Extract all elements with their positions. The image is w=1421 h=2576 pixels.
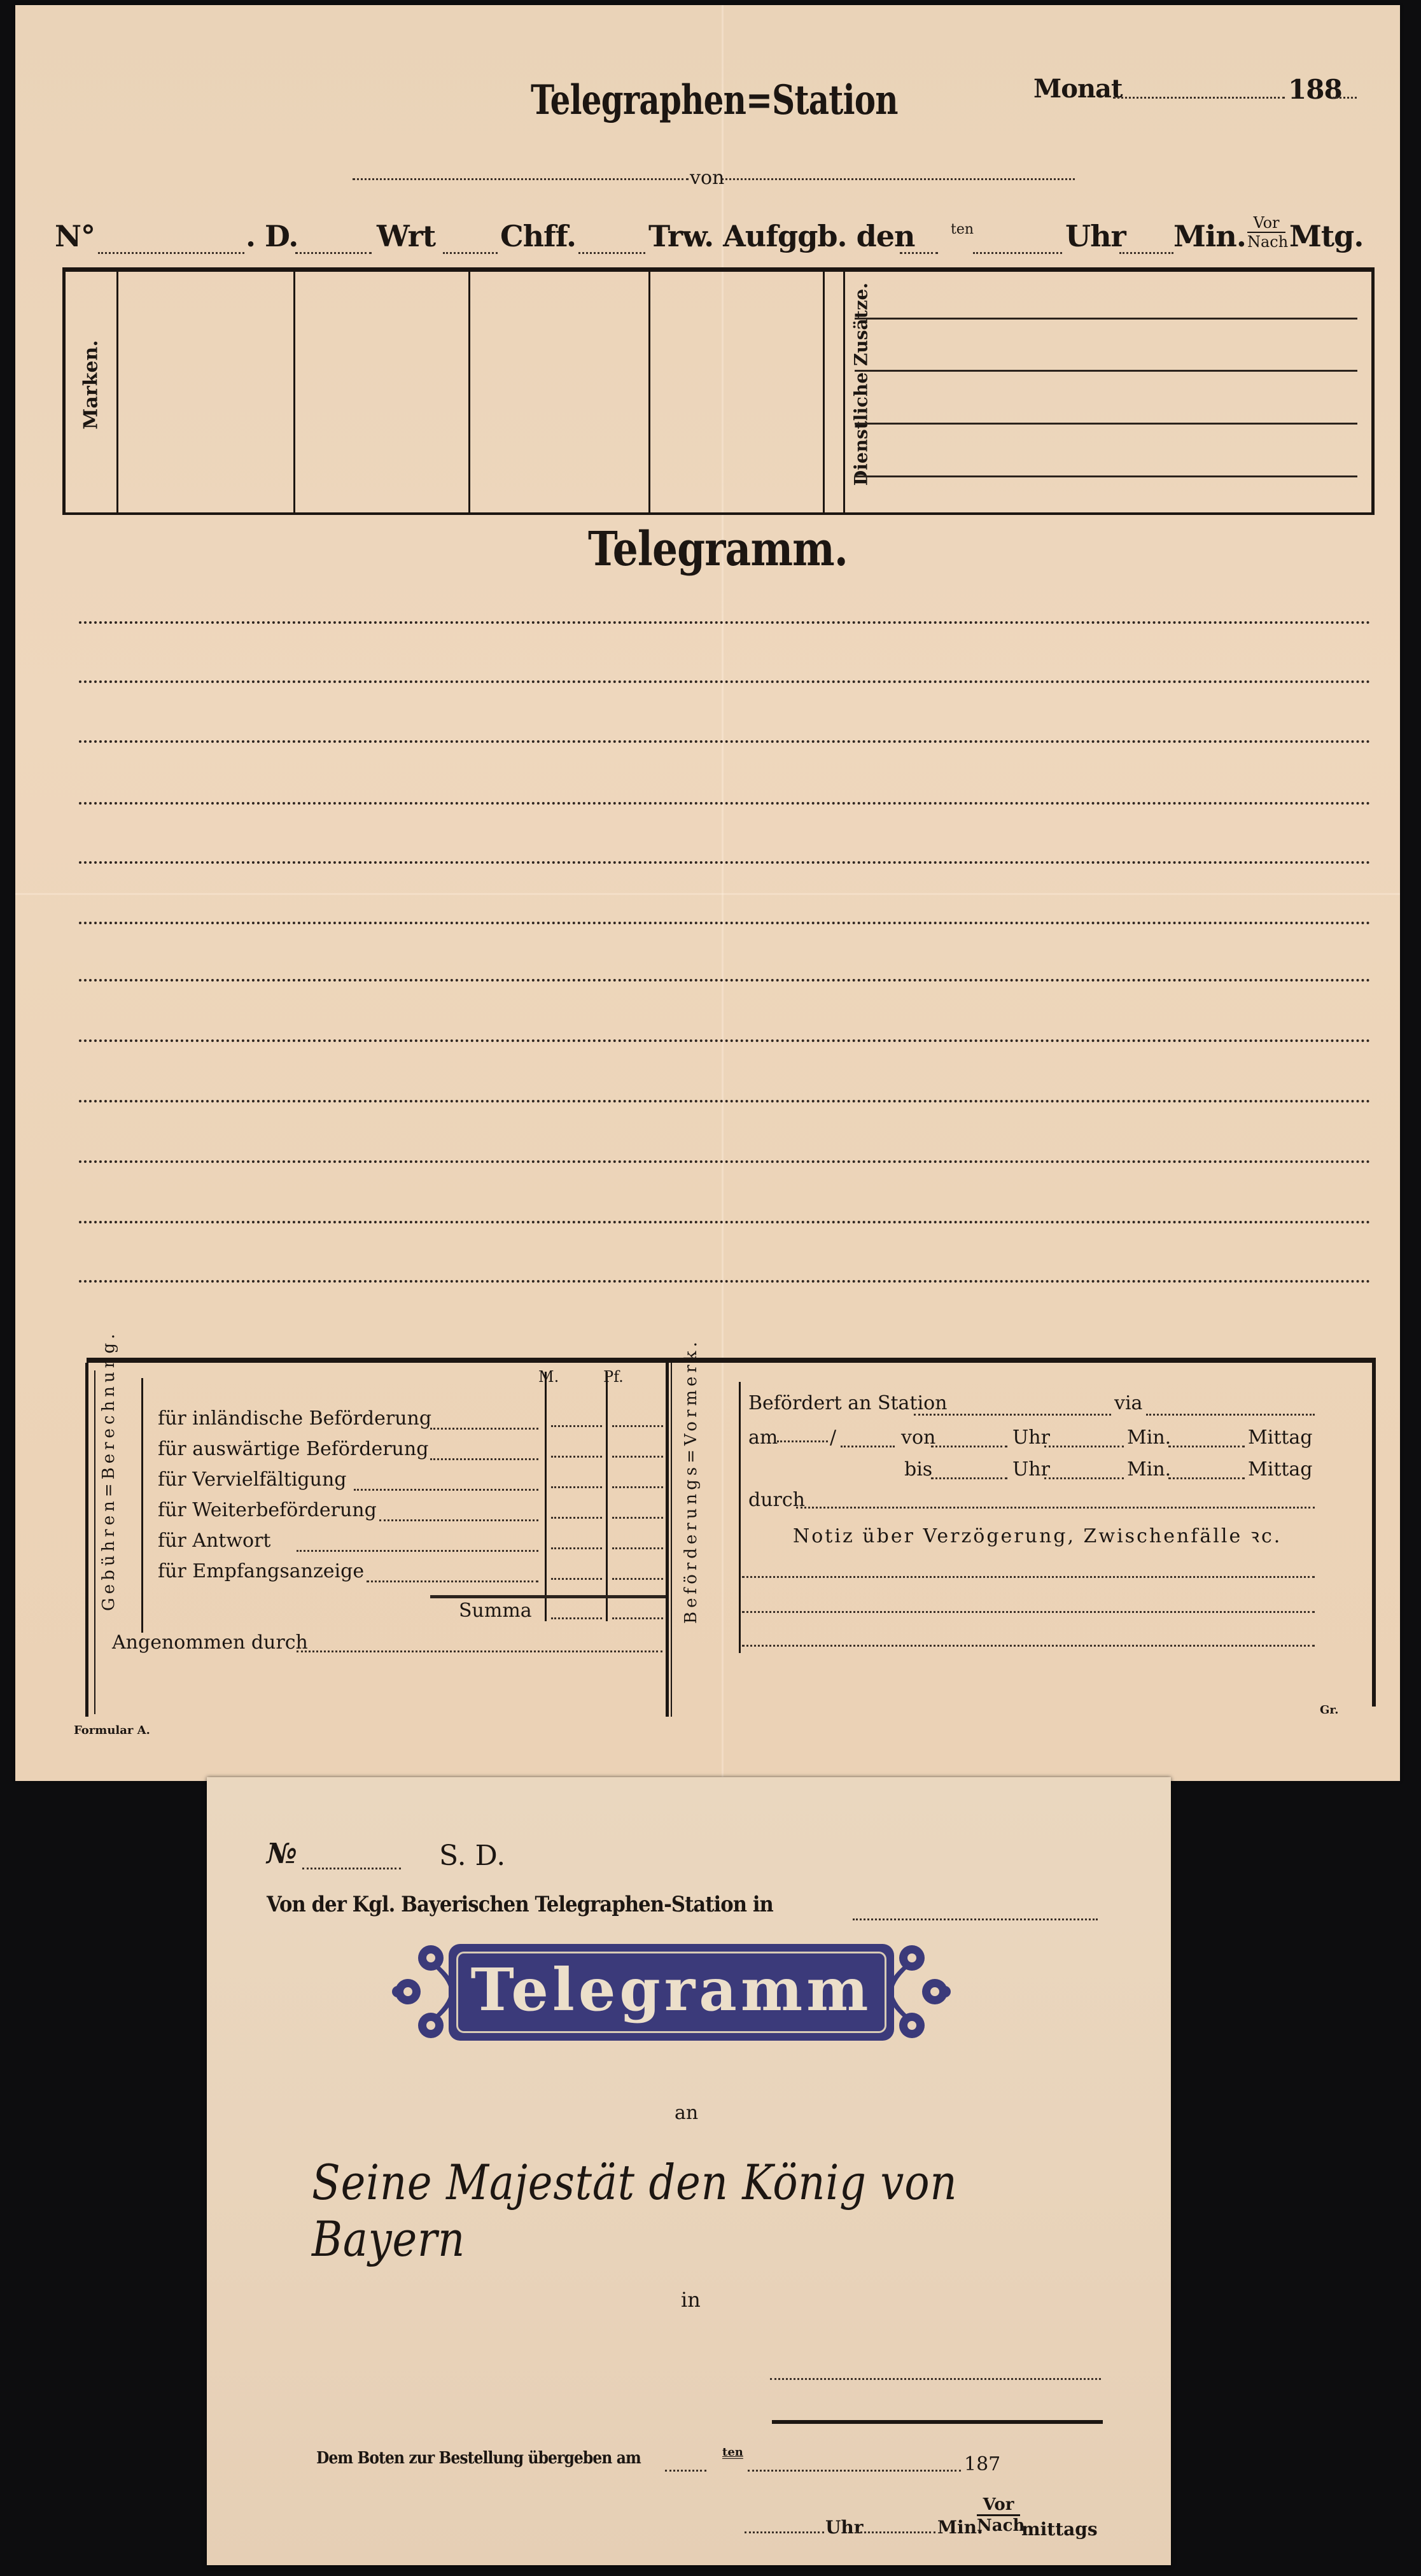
uhr-field[interactable] <box>1119 252 1173 254</box>
an-label: an <box>675 2102 698 2124</box>
fee-item: für Empfangsanzeige <box>158 1560 364 1582</box>
no-field[interactable] <box>98 252 244 254</box>
von-uhr-field[interactable] <box>1044 1446 1124 1447</box>
left-scroll-ornament-icon <box>391 1944 455 2039</box>
from-station-field[interactable] <box>853 1918 1098 1920</box>
fee-pf-field[interactable] <box>612 1486 663 1488</box>
station-field-left[interactable] <box>353 178 689 180</box>
am-month-field[interactable] <box>841 1446 895 1447</box>
fee-item: für inländische Beförderung <box>158 1407 431 1430</box>
message-line[interactable] <box>79 1221 1371 1223</box>
notes-line[interactable] <box>855 318 1357 320</box>
column-divider <box>823 272 825 512</box>
summa-label: Summa <box>459 1600 532 1622</box>
fee-item: für Weiterbeförderung <box>158 1499 377 1521</box>
banner-text: Telegramm <box>449 1955 894 2024</box>
d-label: . D. <box>246 219 298 253</box>
m-column-divider <box>545 1372 547 1621</box>
von-label: von <box>690 167 724 189</box>
notes-line[interactable] <box>855 423 1357 425</box>
delivery-label: Dem Boten zur Bestellung übergeben am <box>316 2449 641 2468</box>
destination-field[interactable] <box>770 2378 1101 2380</box>
telegram-envelope: № S. D. Von der Kgl. Bayerischen Telegra… <box>207 1777 1171 2565</box>
telegramm-banner: Telegramm <box>391 1943 951 2051</box>
mittag-label: Mittag <box>1248 1426 1313 1449</box>
year-prefix: 187 <box>964 2453 1000 2475</box>
min-label: Min. <box>937 2517 983 2538</box>
formular-label: Formular A. <box>74 1724 150 1737</box>
message-line[interactable] <box>79 1100 1371 1102</box>
pf-column-divider <box>606 1372 608 1621</box>
wrt-field[interactable] <box>443 252 498 254</box>
min-label: Min. <box>1127 1458 1171 1481</box>
fee-line[interactable] <box>297 1550 538 1552</box>
station-field-right[interactable] <box>722 178 1075 180</box>
summa-rule <box>430 1595 666 1598</box>
bis-min-field[interactable] <box>1168 1477 1245 1479</box>
vor-label: Vor <box>1247 214 1285 232</box>
message-line[interactable] <box>79 740 1371 743</box>
durch-field[interactable] <box>796 1507 1315 1509</box>
fee-item: für Antwort <box>158 1530 270 1552</box>
monat-label: Monat <box>1033 74 1122 104</box>
box-border <box>85 1363 88 1717</box>
notiz-line[interactable] <box>742 1576 1315 1578</box>
from-station-line: Von der Kgl. Bayerischen Telegraphen-Sta… <box>267 1892 773 1917</box>
message-line[interactable] <box>79 1160 1371 1163</box>
d-field[interactable] <box>295 252 372 254</box>
mittags-label: mittags <box>1021 2519 1098 2540</box>
fee-line[interactable] <box>430 1458 538 1460</box>
fold-crease-horizontal <box>15 893 1400 895</box>
fee-line[interactable] <box>367 1580 538 1582</box>
notiz-line[interactable] <box>742 1611 1315 1613</box>
fee-pf-field[interactable] <box>612 1456 663 1458</box>
mittag-label: Mittag <box>1248 1458 1313 1481</box>
slash: / <box>830 1426 836 1449</box>
fee-m-field[interactable] <box>551 1425 602 1427</box>
envelope-number-field[interactable] <box>302 1868 401 1869</box>
notiz-line[interactable] <box>742 1645 1315 1647</box>
fee-m-field[interactable] <box>551 1517 602 1519</box>
mtg-label: Mtg. <box>1289 219 1363 253</box>
marken-label: Marken. <box>80 328 102 442</box>
delivery-month-field[interactable] <box>748 2470 961 2472</box>
stamps-and-notes-box: Marken. Dienstliche Zusätze. <box>62 267 1375 515</box>
bis-label: bis <box>904 1458 932 1481</box>
befoerdert-label: Befördert an Station <box>748 1392 947 1414</box>
fee-item: für Vervielfältigung <box>158 1468 346 1491</box>
day-field[interactable] <box>900 252 938 254</box>
via-field[interactable] <box>1146 1414 1315 1416</box>
via-label: via <box>1114 1392 1142 1414</box>
wrt-label: Wrt <box>377 219 435 253</box>
col-m-header: M. <box>538 1368 559 1386</box>
telegramm-heading: Telegramm. <box>588 522 848 577</box>
message-line[interactable] <box>79 979 1371 982</box>
message-line[interactable] <box>79 861 1371 864</box>
delivery-uhr-field[interactable] <box>745 2531 824 2533</box>
fee-line[interactable] <box>379 1519 538 1521</box>
vor-nach-fraction: Vor Nach <box>977 2495 1020 2535</box>
gebuehren-berechnung-label: Gebühren=Berechnung. <box>99 1395 118 1611</box>
vor-nach-fraction: Vor Nach <box>1247 214 1285 251</box>
fee-pf-field[interactable] <box>612 1547 663 1549</box>
in-label: in <box>681 2288 701 2312</box>
fee-pf-field[interactable] <box>612 1425 663 1427</box>
notes-line[interactable] <box>855 475 1357 477</box>
notiz-label: Notiz über Verzögerung, Zwischenfälle ꝛc… <box>793 1522 1282 1548</box>
am-label: am <box>748 1426 778 1449</box>
fee-m-field[interactable] <box>551 1547 602 1549</box>
message-line[interactable] <box>79 1280 1371 1283</box>
von-field[interactable] <box>931 1446 1007 1447</box>
column-divider <box>648 272 650 512</box>
fee-pf-field[interactable] <box>612 1517 663 1519</box>
monat-field[interactable] <box>1113 97 1285 99</box>
fee-m-field[interactable] <box>551 1578 602 1580</box>
fees-and-transport-box: Gebühren=Berechnung. M. Pf. für inländis… <box>87 1358 1376 1707</box>
dienstliche-zusaetze-label: Dienstliche Zusätze. <box>851 276 872 493</box>
summa-pf-field[interactable] <box>612 1617 663 1619</box>
befoerderungs-vormerk-label: Beförderungs=Vormerk. <box>682 1407 701 1624</box>
uhr-label: Uhr <box>1065 219 1126 253</box>
sd-label: S. D. <box>439 1840 505 1872</box>
printer-mark: Gr. <box>1320 1703 1338 1717</box>
section-divider <box>666 1363 669 1717</box>
form-title: Telegraphen=Station <box>531 76 898 124</box>
message-line[interactable] <box>79 802 1371 805</box>
right-scroll-ornament-icon <box>888 1944 951 2039</box>
addressee: Seine Majestät den König von Bayern <box>312 2154 1051 2267</box>
section-divider <box>671 1363 672 1717</box>
angenommen-label: Angenommen durch <box>112 1631 308 1654</box>
fee-line[interactable] <box>430 1428 538 1430</box>
banner-plate: Telegramm <box>449 1944 894 2041</box>
chff-field[interactable] <box>578 252 645 254</box>
trw-aufggb-label: Trw. Aufggb. den <box>648 219 914 253</box>
min-label: Min. <box>1173 219 1246 253</box>
transport-divider <box>739 1382 741 1653</box>
message-line[interactable] <box>79 1039 1371 1042</box>
fee-m-field[interactable] <box>551 1486 602 1488</box>
message-line[interactable] <box>79 621 1371 624</box>
numero-sign: № <box>267 1838 297 1870</box>
month-field[interactable] <box>973 252 1062 254</box>
summa-m-field[interactable] <box>551 1617 602 1619</box>
destination-rule <box>772 2420 1103 2424</box>
column-divider <box>468 272 470 512</box>
bis-field[interactable] <box>931 1477 1007 1479</box>
notes-line[interactable] <box>855 370 1357 372</box>
nach-label: Nach <box>1247 232 1285 251</box>
fee-item: für auswärtige Beförderung <box>158 1438 428 1460</box>
uhr-label: Uhr <box>825 2517 864 2538</box>
delivery-min-field[interactable] <box>856 2531 935 2533</box>
year-field[interactable] <box>1333 97 1357 99</box>
angenommen-field[interactable] <box>297 1650 662 1652</box>
message-line[interactable] <box>79 922 1371 924</box>
von-min-field[interactable] <box>1168 1446 1245 1447</box>
am-day-field[interactable] <box>777 1440 828 1442</box>
message-line[interactable] <box>79 680 1371 683</box>
fee-pf-field[interactable] <box>612 1578 663 1580</box>
box-border <box>94 1370 95 1714</box>
delivery-day-field[interactable] <box>665 2470 706 2472</box>
column-divider <box>843 272 845 512</box>
column-divider <box>293 272 295 512</box>
year-prefix: 188 <box>1288 74 1342 105</box>
fee-m-field[interactable] <box>551 1456 602 1458</box>
vor-label: Vor <box>977 2495 1020 2514</box>
station-field[interactable] <box>914 1414 1111 1416</box>
no-label: N° <box>55 219 95 253</box>
min-label: Min. <box>1127 1426 1171 1449</box>
fee-divider <box>141 1378 143 1633</box>
ten-superscript: ten <box>722 2446 743 2459</box>
bis-uhr-field[interactable] <box>1044 1477 1124 1479</box>
telegram-form-sheet: Telegraphen=Station Monat 188 von N° . D… <box>15 5 1400 1781</box>
chff-label: Chff. <box>500 219 576 253</box>
column-divider <box>116 272 118 512</box>
fee-line[interactable] <box>354 1489 538 1491</box>
nach-label: Nach <box>977 2514 1020 2535</box>
ten-superscript: ten <box>951 222 974 237</box>
